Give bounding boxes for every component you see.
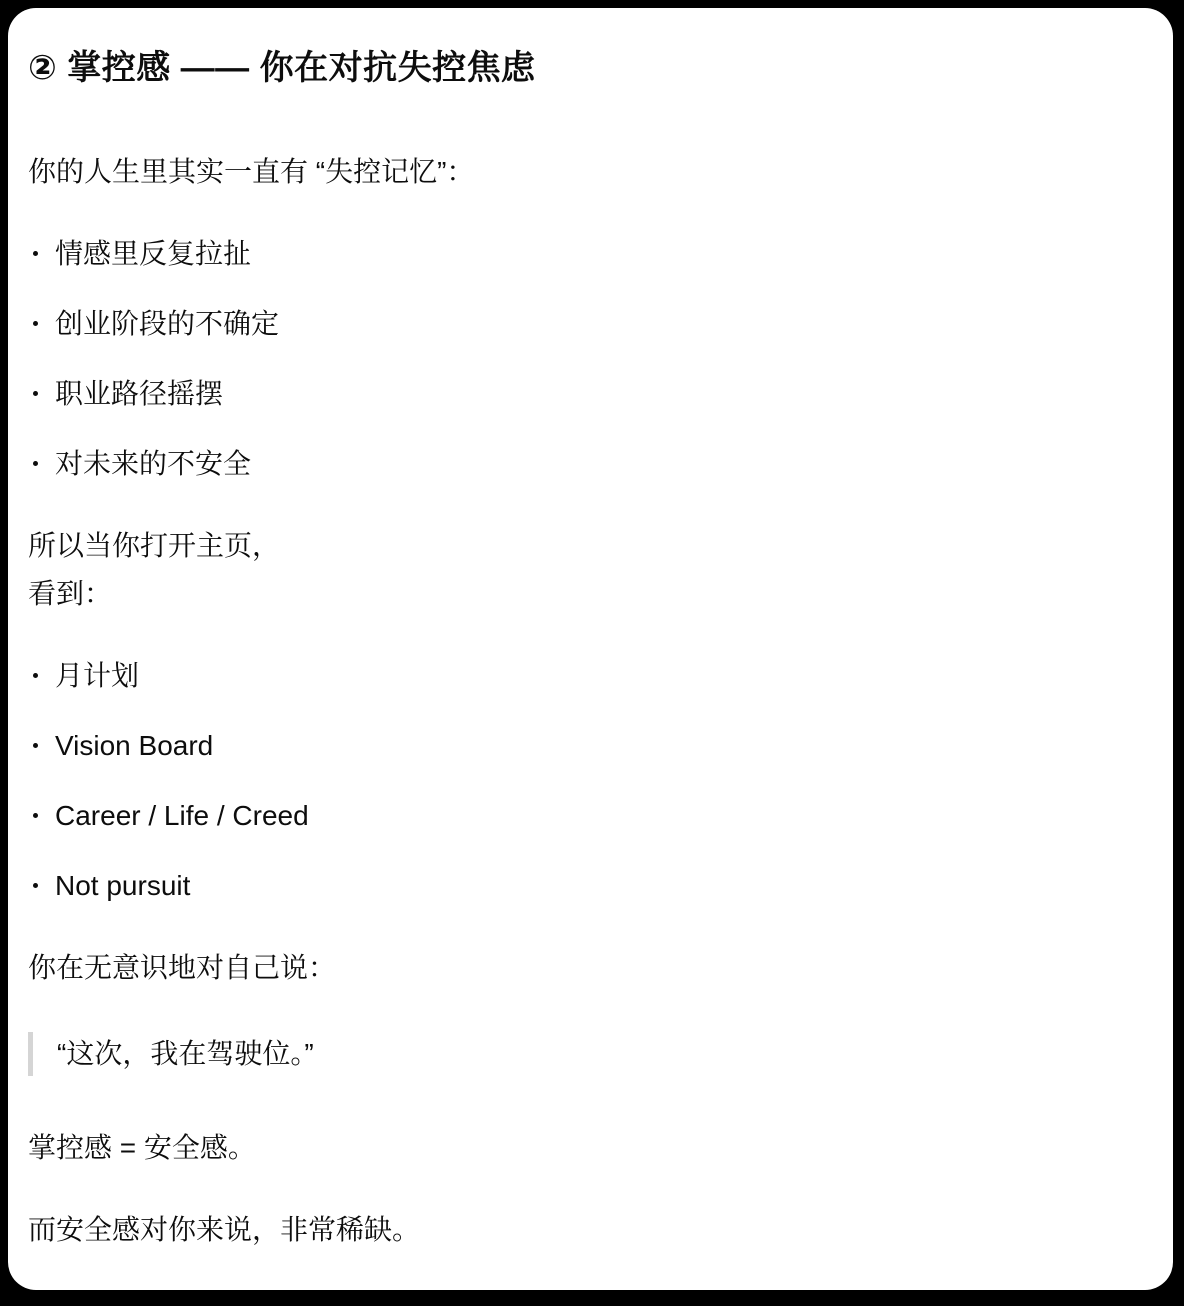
- closing-paragraph: 而安全感对你来说，非常稀缺。: [28, 1206, 1149, 1254]
- list-item-label: 创业阶段的不确定: [55, 308, 279, 339]
- bullet-icon: [33, 673, 38, 678]
- bullet-icon: [33, 461, 38, 466]
- list-item-label: 对未来的不安全: [55, 448, 251, 479]
- list-item-label: 月计划: [55, 660, 139, 691]
- bullet-icon: [33, 743, 38, 748]
- list-item: 月计划: [28, 652, 1149, 700]
- bullet-icon: [33, 251, 38, 256]
- self-talk-paragraph: 你在无意识地对自己说：: [28, 944, 1149, 992]
- list-item: Career / Life / Creed: [28, 792, 1149, 840]
- list-item: Not pursuit: [28, 862, 1149, 910]
- homepage-lead-paragraph: 所以当你打开主页，看到：: [28, 522, 1149, 618]
- list-item: Vision Board: [28, 722, 1149, 770]
- list-item: 创业阶段的不确定: [28, 300, 1149, 348]
- quote-block: “这次，我在驾驶位。”: [28, 1032, 1149, 1076]
- bullet-icon: [33, 321, 38, 326]
- list-item-label: 情感里反复拉扯: [55, 238, 251, 269]
- section-heading: ② 掌控感 —— 你在对抗失控焦虑: [28, 46, 1149, 90]
- equation-paragraph: 掌控感 = 安全感。: [28, 1124, 1149, 1172]
- bullet-icon: [33, 391, 38, 396]
- list-item-label: 职业路径摇摆: [55, 378, 223, 409]
- intro-paragraph: 你的人生里其实一直有 “失控记忆”：: [28, 148, 1149, 196]
- list-item: 对未来的不安全: [28, 440, 1149, 488]
- homepage-lead-line1: 所以当你打开主页，: [28, 530, 280, 561]
- quote-text: “这次，我在驾驶位。”: [57, 1032, 1149, 1076]
- list-item: 职业路径摇摆: [28, 370, 1149, 418]
- list-item-label: Career / Life / Creed: [55, 800, 309, 831]
- bullet-icon: [33, 883, 38, 888]
- homepage-lead-line2: 看到：: [28, 578, 112, 609]
- list-item-label: Vision Board: [55, 730, 213, 761]
- document-card: ② 掌控感 —— 你在对抗失控焦虑 你的人生里其实一直有 “失控记忆”： 情感里…: [8, 8, 1173, 1290]
- page-background: { "theme": { "background": "#000000", "c…: [0, 0, 1184, 1306]
- bullet-icon: [33, 813, 38, 818]
- list-item-label: Not pursuit: [55, 870, 190, 901]
- list-item: 情感里反复拉扯: [28, 230, 1149, 278]
- memories-list: 情感里反复拉扯 创业阶段的不确定 职业路径摇摆 对未来的不安全: [28, 230, 1149, 488]
- homepage-list: 月计划 Vision Board Career / Life / Creed N…: [28, 652, 1149, 910]
